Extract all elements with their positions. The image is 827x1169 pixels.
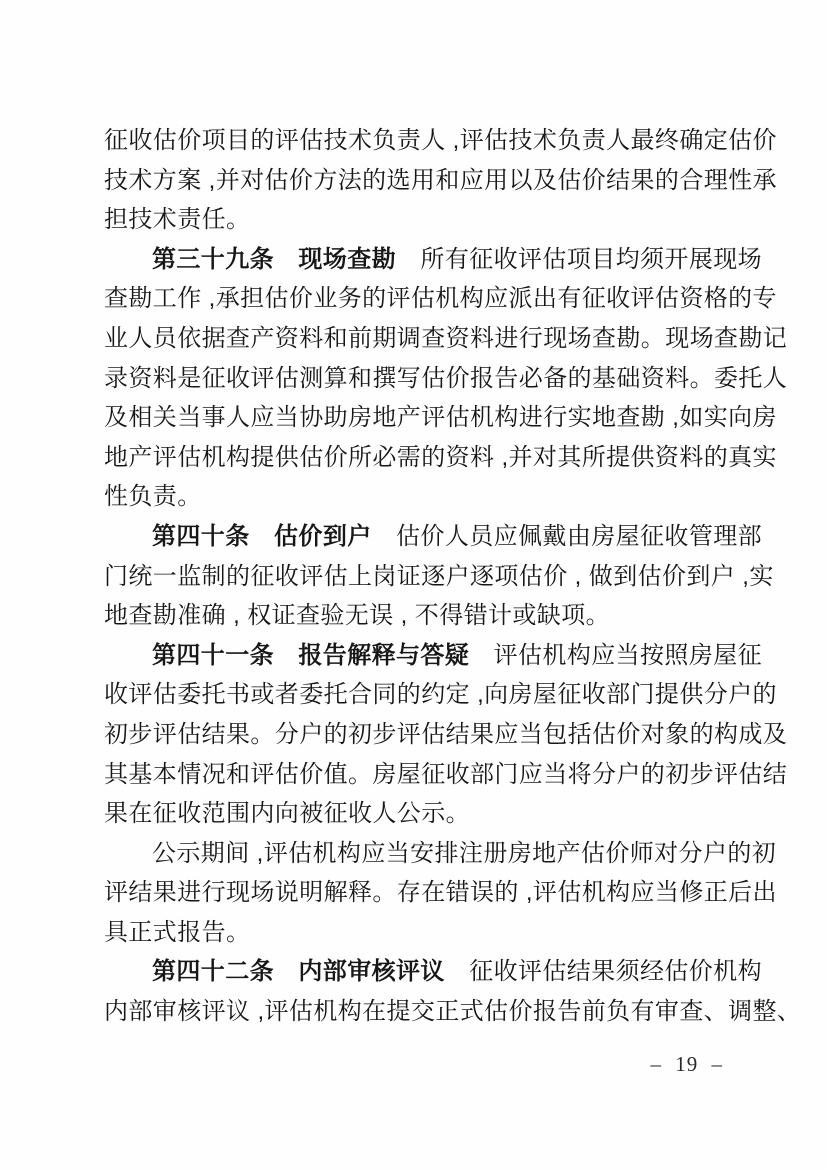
body-text (274, 642, 298, 669)
body-text: 性负责。 (104, 483, 202, 510)
text-block: 征收估价项目的评估技术负责人 ,评估技术负责人最终确定估价技术方案 ,并对估价方… (104, 121, 740, 1032)
article-41-paragraph-2: 公示期间 ,评估机构应当安排注册房地产估价师对分户的初评结果进行现场说明解释。存… (104, 834, 740, 953)
text-line: 地产评估机构提供估价所必需的资料 ,并对其所提供资料的真实 (104, 438, 740, 478)
body-text: 查勘工作 ,承担估价业务的评估机构应派出有征收评估资格的专 (104, 285, 777, 312)
article-heading: 第四十条 (152, 523, 250, 550)
text-line: 录资料是征收评估测算和撰写估价报告必备的基础资料。委托人 (104, 359, 740, 399)
body-text: 录资料是征收评估测算和撰写估价报告必备的基础资料。委托人 (104, 365, 787, 392)
article-42: 第四十二条 内部审核评议 征收评估结果须经估价机构内部审核评议 ,评估机构在提交… (104, 952, 740, 1031)
body-text: 地查勘准确 , 权证查验无误 , 不得错计或缺项。 (104, 602, 610, 629)
text-line: 收评估委托书或者委托合同的约定 ,向房屋征收部门提供分户的 (104, 675, 740, 715)
body-text: 估价人员应佩戴由房屋征收管理部 (372, 523, 762, 550)
text-line: 第四十二条 内部审核评议 征收评估结果须经估价机构 (104, 952, 740, 992)
text-line: 第三十九条 现场查勘 所有征收评估项目均须开展现场 (104, 240, 740, 280)
text-line: 第四十一条 报告解释与答疑 评估机构应当按照房屋征 (104, 636, 740, 676)
document-page: 征收估价项目的评估技术负责人 ,评估技术负责人最终确定估价技术方案 ,并对估价方… (0, 0, 827, 1169)
article-41: 第四十一条 报告解释与答疑 评估机构应当按照房屋征收评估委托书或者委托合同的约定… (104, 636, 740, 834)
text-line: 技术方案 ,并对估价方法的选用和应用以及估价结果的合理性承 (104, 161, 740, 201)
body-text: 技术方案 ,并对估价方法的选用和应用以及估价结果的合理性承 (104, 167, 777, 194)
text-line: 果在征收范围内向被征收人公示。 (104, 794, 740, 834)
body-text: 评结果进行现场说明解释。存在错误的 ,评估机构应当修正后出 (104, 879, 777, 906)
text-line: 及相关当事人应当协助房地产评估机构进行实地查勘 ,如实向房 (104, 398, 740, 438)
body-text: 地产评估机构提供估价所必需的资料 ,并对其所提供资料的真实 (104, 444, 777, 471)
body-text: 具正式报告。 (104, 919, 250, 946)
body-text (250, 523, 274, 550)
text-line: 公示期间 ,评估机构应当安排注册房地产估价师对分户的初 (104, 834, 740, 874)
article-heading: 报告解释与答疑 (298, 642, 469, 669)
article-heading: 估价到户 (274, 523, 372, 550)
body-text: 门统一监制的征收评估上岗证逐户逐项估价 , 做到估价到户 ,实 (104, 563, 774, 590)
text-line: 其基本情况和评估价值。房屋征收部门应当将分户的初步评估结 (104, 755, 740, 795)
text-line: 征收估价项目的评估技术负责人 ,评估技术负责人最终确定估价 (104, 121, 740, 161)
page-number: – 19 – (651, 1052, 724, 1077)
body-text: 初步评估结果。分户的初步评估结果应当包括估价对象的构成及 (104, 721, 787, 748)
body-text: 评估机构应当按照房屋征 (469, 642, 762, 669)
text-line: 门统一监制的征收评估上岗证逐户逐项估价 , 做到估价到户 ,实 (104, 557, 740, 597)
text-line: 第四十条 估价到户 估价人员应佩戴由房屋征收管理部 (104, 517, 740, 557)
article-40: 第四十条 估价到户 估价人员应佩戴由房屋征收管理部门统一监制的征收评估上岗证逐户… (104, 517, 740, 636)
body-text: 征收评估结果须经估价机构 (445, 958, 762, 985)
text-line: 初步评估结果。分户的初步评估结果应当包括估价对象的构成及 (104, 715, 740, 755)
body-text: 征收估价项目的评估技术负责人 ,评估技术负责人最终确定估价 (104, 127, 777, 154)
body-text: 及相关当事人应当协助房地产评估机构进行实地查勘 ,如实向房 (104, 404, 777, 431)
text-line: 担技术责任。 (104, 200, 740, 240)
text-line: 性负责。 (104, 477, 740, 517)
article-heading: 现场查勘 (298, 246, 396, 273)
body-text: 所有征收评估项目均须开展现场 (396, 246, 762, 273)
text-line: 评结果进行现场说明解释。存在错误的 ,评估机构应当修正后出 (104, 873, 740, 913)
text-line: 查勘工作 ,承担估价业务的评估机构应派出有征收评估资格的专 (104, 279, 740, 319)
text-line: 内部审核评议 ,评估机构在提交正式估价报告前负有审查、调整、 (104, 992, 740, 1032)
body-text: 内部审核评议 ,评估机构在提交正式估价报告前负有审查、调整、 (104, 998, 801, 1025)
body-text: 公示期间 ,评估机构应当安排注册房地产估价师对分户的初 (152, 840, 776, 867)
body-text: 业人员依据查产资料和前期调查资料进行现场查勘。现场查勘记 (104, 325, 787, 352)
clause-38-continuation: 征收估价项目的评估技术负责人 ,评估技术负责人最终确定估价技术方案 ,并对估价方… (104, 121, 740, 240)
body-text: 其基本情况和评估价值。房屋征收部门应当将分户的初步评估结 (104, 761, 787, 788)
body-text: 果在征收范围内向被征收人公示。 (104, 800, 470, 827)
article-heading: 内部审核评议 (298, 958, 444, 985)
article-heading: 第三十九条 (152, 246, 274, 273)
article-heading: 第四十二条 (152, 958, 274, 985)
body-text (274, 246, 298, 273)
body-text: 担技术责任。 (104, 206, 250, 233)
body-text (274, 958, 298, 985)
body-text: 收评估委托书或者委托合同的约定 ,向房屋征收部门提供分户的 (104, 681, 777, 708)
text-line: 地查勘准确 , 权证查验无误 , 不得错计或缺项。 (104, 596, 740, 636)
text-line: 具正式报告。 (104, 913, 740, 953)
article-heading: 第四十一条 (152, 642, 274, 669)
text-line: 业人员依据查产资料和前期调查资料进行现场查勘。现场查勘记 (104, 319, 740, 359)
article-39: 第三十九条 现场查勘 所有征收评估项目均须开展现场查勘工作 ,承担估价业务的评估… (104, 240, 740, 517)
